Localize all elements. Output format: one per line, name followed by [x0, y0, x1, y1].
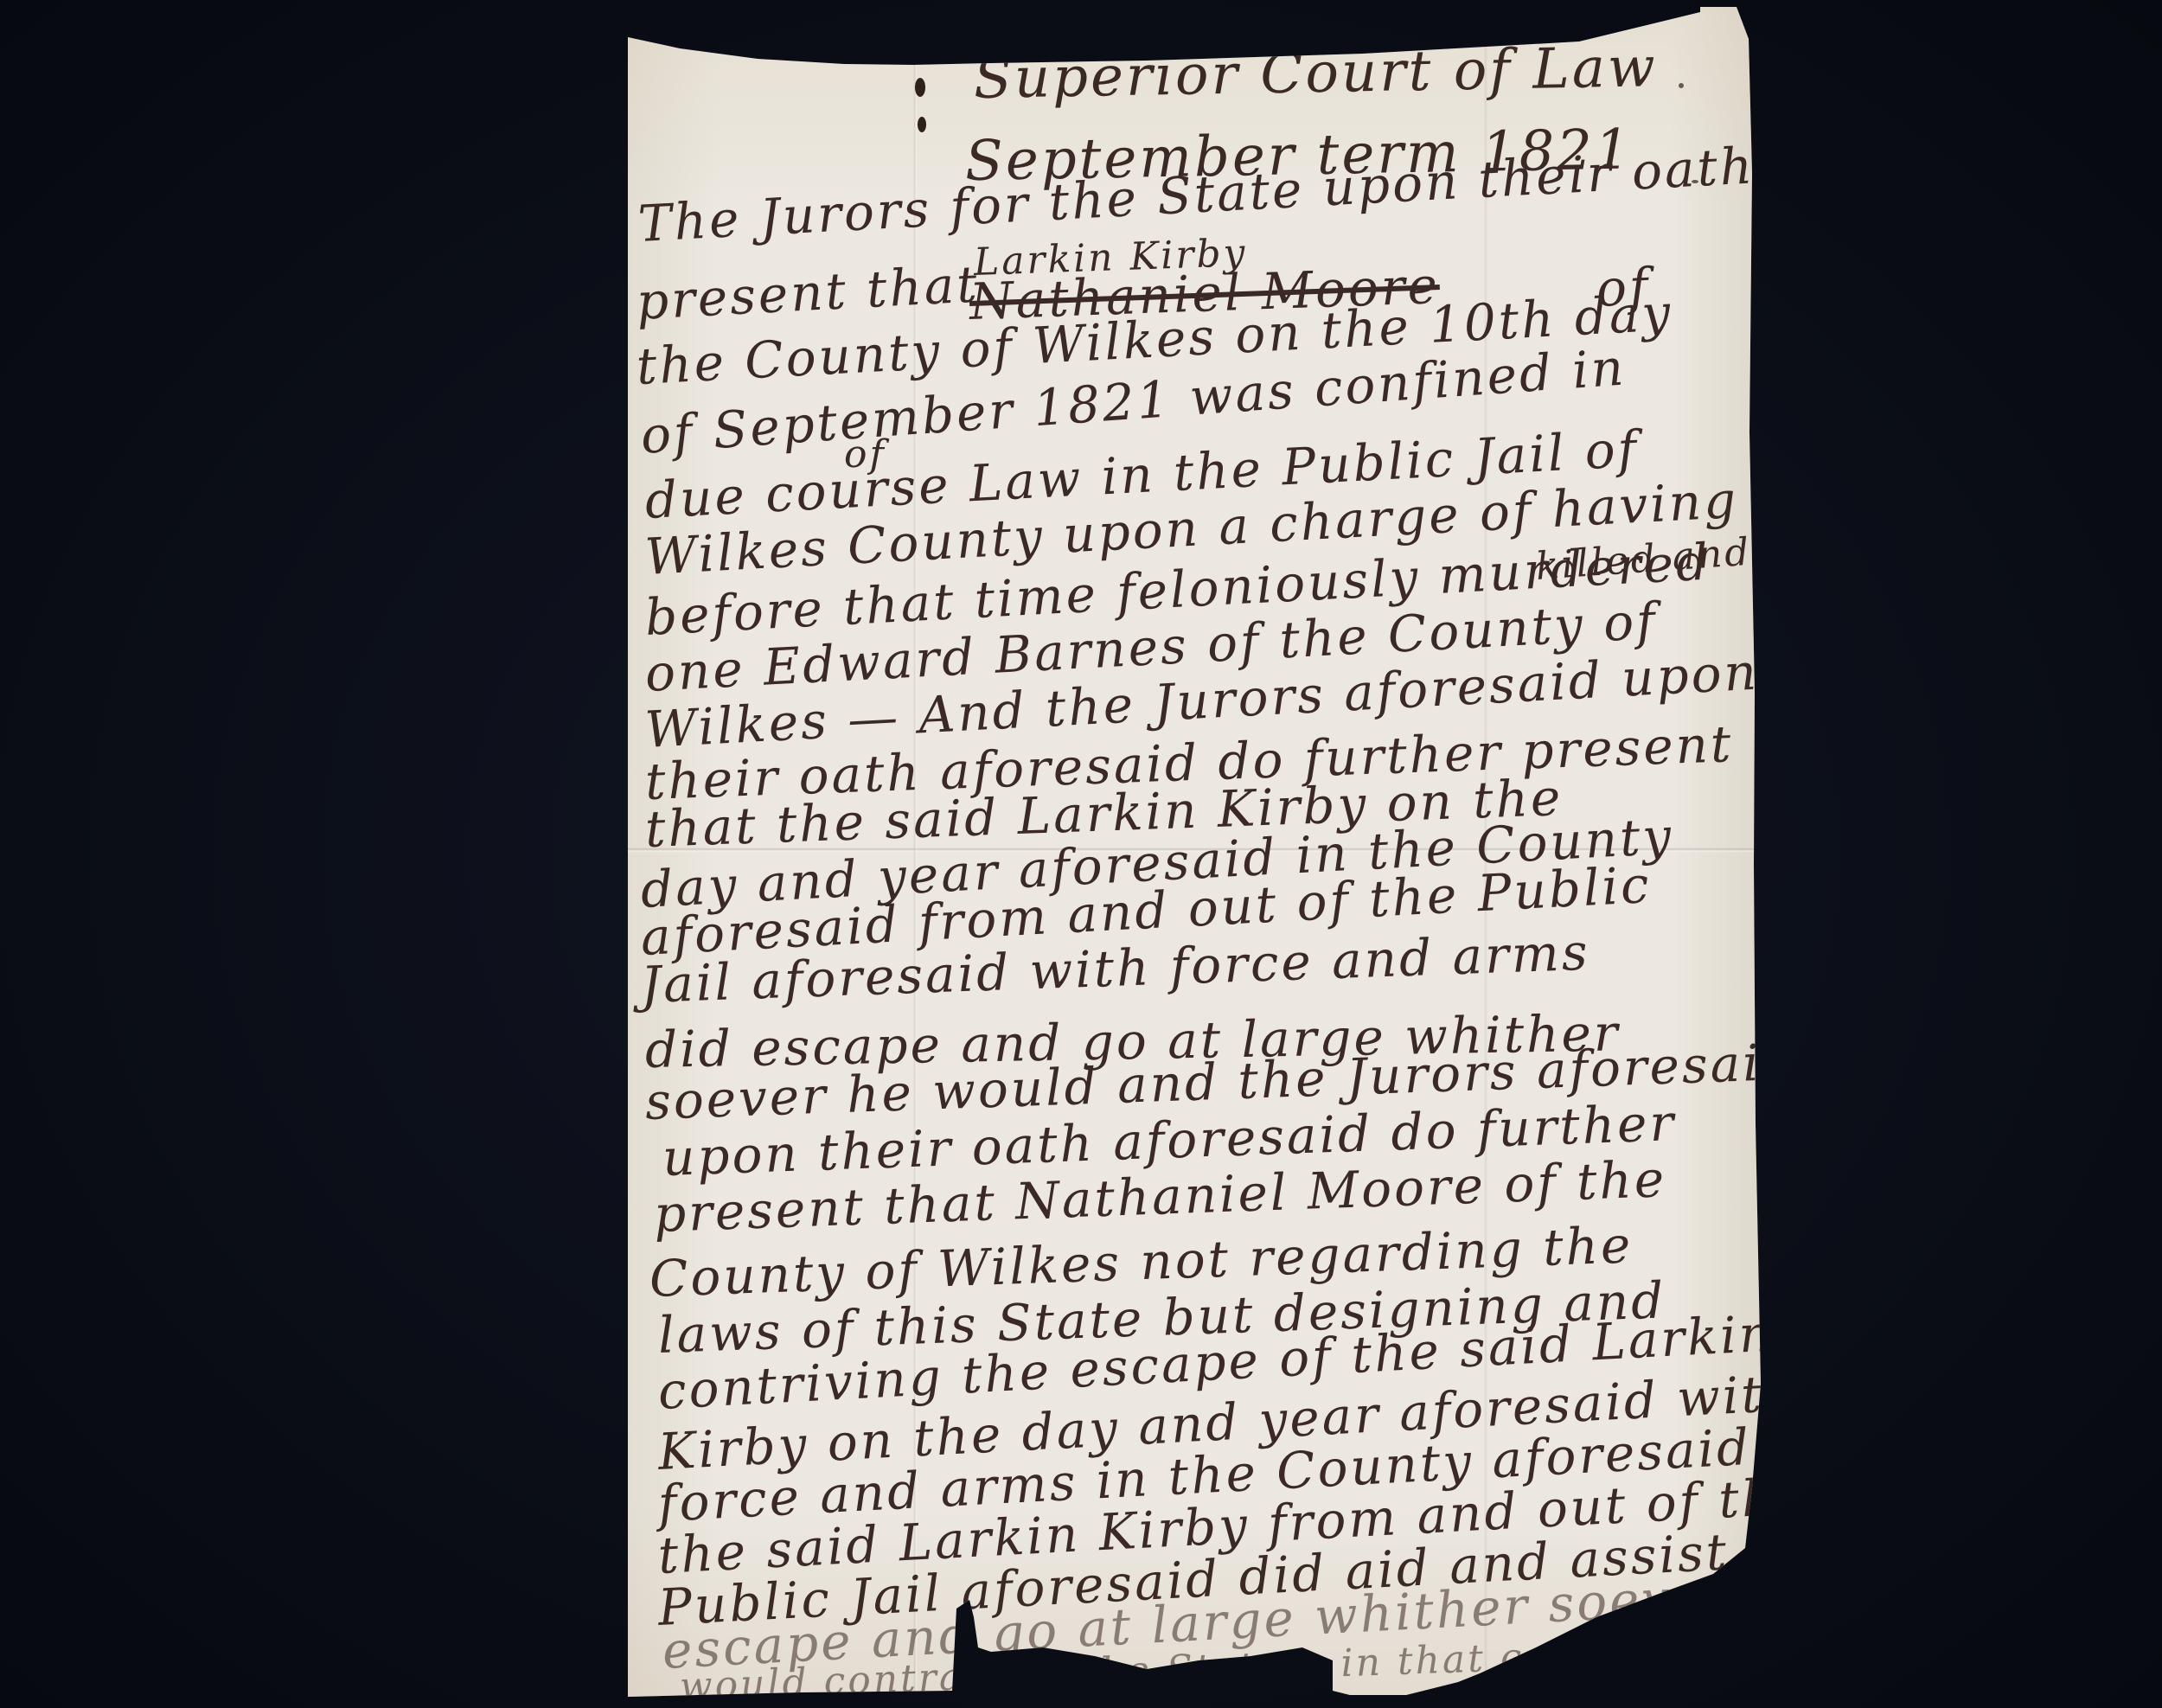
text-line-2: present that	[635, 254, 981, 331]
manuscript-page: Superior Court of Law September term 182…	[628, 0, 1761, 1708]
ink-stain	[915, 78, 925, 97]
ink-stain	[1679, 83, 1684, 88]
ink-stain	[918, 117, 926, 132]
